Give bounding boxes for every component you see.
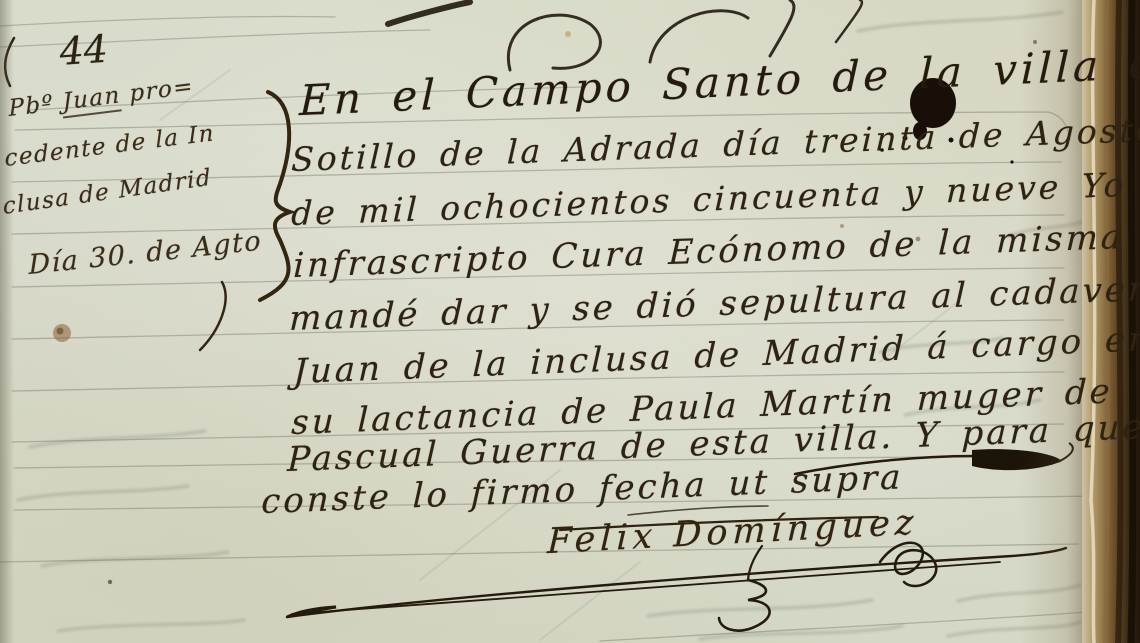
status-abbrev: Pbº (8, 90, 55, 122)
margin-date-note: Día 30. de Agto (28, 225, 263, 281)
margin-note-line-3: clusa de Madrid (2, 165, 213, 220)
parish-register-page: 44 Pbº Juan pro= cedente de la In clusa … (0, 0, 1140, 643)
deceased-name: Juan (62, 82, 122, 118)
margin-note-line-1: Pbº Juan pro= (8, 73, 195, 122)
entry-number: 44 (58, 27, 109, 74)
margin-note-line-2: cedente de la In (4, 120, 216, 172)
priest-signature: Felix Domínguez (547, 503, 919, 563)
margin-note-suffix: pro= (129, 73, 195, 107)
signature-rubric (287, 543, 1066, 631)
closing-phrase-underlined: ut supra (728, 457, 904, 504)
record-line-1: En el Campo Santo de la villa del (299, 36, 1140, 125)
left-margin-mark (5, 38, 14, 86)
